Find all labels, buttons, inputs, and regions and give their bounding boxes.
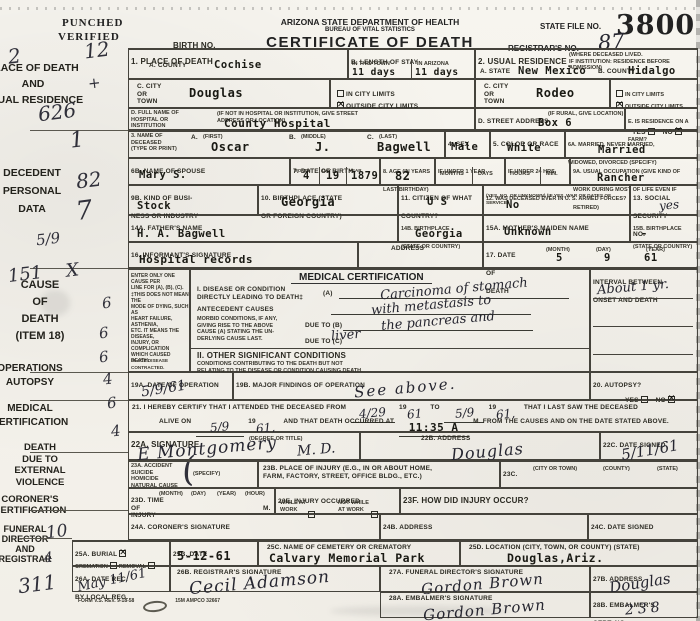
margin-handwriting: 12 — [83, 37, 111, 64]
field-injury-location: 23C. (CITY OR TOWN) (COUNTY) (STATE) — [500, 460, 698, 488]
state-file-number: 3800 — [616, 12, 695, 40]
middle-name-value: J. — [315, 142, 330, 153]
informant-value: Hospital records — [139, 254, 253, 265]
field-cause-of-death-notes: ENTER ONLY ONE CAUSE PER LINE FOR (A), (… — [128, 268, 190, 372]
last-name-value: Bagwell — [377, 142, 431, 153]
field-embalmer-cert-no: 28B. EMBALMER'S CERT. NO. 238 — [590, 592, 698, 618]
margin-handwriting: 6 — [101, 293, 113, 312]
margin-handwriting: 10 — [45, 521, 69, 543]
field-informant-signature: 16. INFORMANT'S SIGNATURE Hospital recor… — [128, 242, 358, 268]
field-residence-city: C. CITY OR TOWN Rodeo — [475, 79, 610, 108]
field-death-city: C. CITY OR TOWN Douglas — [128, 79, 330, 108]
stay-state-value: 11 days — [415, 67, 459, 78]
mother-name-value: Unknown — [504, 227, 552, 238]
subcell-divider — [319, 167, 320, 184]
field-place-of-death-county: 1. PLACE OF DEATH A. COUNTY Cochise — [128, 48, 348, 79]
field-interval-onset-death: INTERVAL BETWEEN ONSET AND DEATH About 1… — [590, 268, 698, 372]
field-mother-maiden-name: 15A. MOTHER'S MAIDEN NAME Unknown — [483, 215, 630, 242]
subcell-divider — [346, 167, 347, 184]
county-value: Cochise — [214, 60, 262, 71]
field-color-or-race: 5. COLOR OR RACE White — [490, 130, 565, 158]
birth-year-value: 1879 — [351, 171, 378, 182]
margin-handwriting: 4 — [43, 550, 54, 567]
field-date-received-local-registrar: 26A. DATE REC. BY LOCAL REG. May 11/61 — [72, 566, 170, 592]
field-residence-on-farm: E. IS RESIDENCE ON A FARM? YESNO — [625, 108, 698, 130]
street-address-value: Box 6 — [538, 118, 572, 129]
field-funeral-director-address: 27B. ADDRESS Douglas — [590, 566, 698, 592]
death-month-value: 5 — [556, 253, 563, 264]
margin-divider — [30, 510, 128, 511]
field-funeral-director-signature: 27A. FUNERAL DIRECTOR'S SIGNATURE Gordon… — [380, 566, 590, 592]
field-citizen-of: 11. CITIZEN OF WHAT COUNTRY? U S — [398, 185, 483, 215]
field-burial-location: 25D. LOCATION (CITY, TOWN, OR COUNTY) (S… — [460, 540, 698, 566]
field-coroner-signature: 24A. CORONER'S SIGNATURE — [128, 514, 380, 540]
field-hospital-name: D. FULL NAME OF HOSPITAL OR INSTITUTION … — [128, 108, 475, 130]
form-number: FORM V.S. REV. 9-18-58 — [78, 598, 134, 605]
bureau-name: BUREAU OF VITAL STATISTICS — [260, 27, 480, 34]
field-birthplace: 10. BIRTHPLACE (STATE OR FOREIGN COUNTRY… — [258, 185, 398, 215]
margin-label-medical-certification: MEDICAL CERTIFICATION — [0, 402, 100, 430]
margin-handwriting: 2 — [7, 43, 23, 68]
margin-handwriting: 4 — [110, 421, 122, 440]
field-usual-occupation: 9A. USUAL OCCUPATION (GIVE KIND OF WORK … — [570, 158, 698, 185]
residence-city-value: Rodeo — [536, 88, 575, 99]
department-name: ARIZONA STATE DEPARTMENT OF HEALTH — [260, 17, 480, 27]
residence-state-value: New Mexico — [518, 66, 586, 77]
margin-handwriting: 82 — [75, 167, 103, 194]
field-date-of-birth: 7. DATE OF BIRTH MONTH 4 DAY 19 YEAR 187… — [290, 158, 380, 185]
form-footer: FORM V.S. REV. 9-18-58 15M AMPCO 32667 — [78, 598, 220, 616]
field-if-under-1-year: IF UNDER 1 YEAR MONTHS DAYS — [435, 158, 505, 185]
margin-handwriting: + — [87, 73, 102, 92]
field-sex: 4. SEX Male — [445, 130, 490, 158]
margin-divider — [30, 372, 128, 373]
margin-handwriting: 626 — [37, 98, 78, 126]
field-time-of-injury: (MONTH) (DAY) (YEAR) (HOUR) 23D. TIME OF… — [128, 488, 275, 514]
field-medical-certification: MEDICAL CERTIFICATION I. DISEASE OR COND… — [190, 268, 590, 372]
margin-label-operations-autopsy: OPERATIONS AUTOPSY — [0, 362, 100, 390]
field-residence-city-limits: IN CITY LIMITS OUTSIDE CITY LIMITS — [610, 79, 698, 108]
field-burial-date: 25B. DATE 5-12-61 — [170, 540, 258, 566]
embalmer-cert-no-handwritten: 238 — [624, 599, 664, 618]
sex-value: Male — [451, 142, 478, 153]
business-value: Stock — [137, 201, 171, 212]
margin-handwriting: 1 — [69, 127, 86, 154]
field-physician-date-signed: 22C. DATE SIGNED 5/11/61 — [600, 432, 698, 460]
field-marital-status: 6A. MARRIED, NEVER MARRIED, WIDOWED, DIV… — [565, 130, 698, 158]
field-coroner-address: 24B. ADDRESS — [380, 514, 588, 540]
print-code: 15M AMPCO 32667 — [175, 598, 220, 605]
field-accident-suicide-homicide: 23A. ACCIDENT SUICIDE HOMICIDE NATURAL C… — [128, 460, 258, 488]
blank-line — [593, 326, 693, 327]
marital-value: Married — [598, 145, 646, 156]
operation-date-handwritten: 5/9/61 — [140, 378, 187, 401]
margin-handwriting: 311 — [17, 570, 58, 598]
field-place-of-injury: 23B. PLACE OF INJURY (E.G., IN OR ABOUT … — [258, 460, 500, 488]
field-spouse-name: 6B. NAME OF SPOUSE Mary S. — [128, 158, 290, 185]
margin-label-cause-of-death: CAUSE OF DEATH (ITEM 18) — [0, 277, 110, 345]
field-date-of-operation: 19A. DATE OF OPERATION 5/9/61 — [128, 372, 233, 400]
torn-edge-top — [0, 7, 700, 10]
section-divider — [191, 348, 589, 349]
field-cemetery-name: 25C. NAME OF CEMETERY OR CREMATORY Calva… — [258, 540, 460, 566]
subcell-divider — [540, 167, 541, 184]
subcell-divider — [411, 59, 412, 79]
blank-line — [593, 298, 693, 299]
field-kind-of-business: 9B. KIND OF BUSI- NESS OR INDUSTRY Stock — [128, 185, 258, 215]
citizenship-value: U S — [427, 197, 447, 208]
state-file-no-label: STATE FILE NO. — [540, 22, 601, 31]
blank-line — [593, 354, 693, 355]
death-certificate-scan: PUNCHED VERIFIED BIRTH NO. ARIZONA STATE… — [0, 0, 700, 621]
findings-handwritten: See above. — [353, 375, 457, 402]
field-autopsy: 20. AUTOPSY? YESNO — [590, 372, 698, 400]
field-injury-occurred: 23E. INJURY OCCURRED WHILE AT WORK NOT W… — [275, 488, 400, 514]
margin-divider — [30, 268, 128, 269]
margin-handwriting: 6 — [98, 323, 110, 342]
field-mother-birthplace: 15B. BIRTHPLACE (STATE OR COUNTRY) - — [630, 215, 698, 242]
field-social-security-no: 13. SOCIAL SECURITY NO. yes — [630, 185, 698, 215]
physician-degree-handwritten: M. D. — [296, 440, 336, 459]
field-burial-cremation-removal: 25A. BURIAL CREMATIONREMOVAL — [72, 540, 170, 566]
field-if-under-24-hrs: IF UNDER 24 HRS. HOURS MIN. — [505, 158, 570, 185]
date-received-handwritten: May 11/61 — [76, 566, 148, 595]
margin-label-coroner-certification: CORONER'S CERTIFICATION — [0, 494, 100, 516]
cemetery-value: Calvary Memorial Park — [269, 553, 425, 564]
first-name-value: Oscar — [211, 142, 250, 153]
field-date-of-death: 17. DATE OF DEATH (MONTH) 5 (DAY) 9 (YEA… — [483, 242, 698, 268]
subcell-divider — [472, 167, 473, 184]
field-registrar-signature: 26B. REGISTRAR'S SIGNATURE Cecil Adamson — [170, 566, 380, 592]
field-physician-address: 22B. ADDRESS Douglas — [360, 432, 600, 460]
margin-handwriting: 6 — [106, 393, 118, 412]
ssn-value-handwritten: yes — [658, 197, 679, 213]
age-value: 82 — [395, 171, 410, 182]
field-street-address: D. STREET ADDRESS (IF RURAL, GIVE LOCATI… — [475, 108, 625, 130]
birth-month-value: 4 — [303, 171, 310, 182]
hospital-value: County Hospital — [224, 118, 331, 129]
field-physician-signature: 22A. SIGNATURE (DEGREE OR TITLE) E Montg… — [128, 432, 360, 460]
field-name-of-deceased: 3. NAME OF DECEASED (TYPE OR PRINT) A. (… — [128, 130, 445, 158]
field-usual-residence-state-county: 2. USUAL RESIDENCE (WHERE DECEASED LIVED… — [475, 48, 698, 79]
death-day-value: 9 — [604, 253, 611, 264]
field-attending-certification: 21. I HEREBY CERTIFY THAT I ATTENDED THE… — [128, 400, 698, 432]
field-father-name: 14A. FATHER'S NAME H. A. Bagwell — [128, 215, 398, 242]
death-year-value: 61 — [644, 253, 658, 264]
margin-label-external-violence: DEATH DUE TO EXTERNAL VIOLENCE — [0, 442, 105, 488]
birthplace-value: Georgia — [281, 197, 335, 208]
residence-county-value: Hidalgo — [628, 66, 676, 77]
field-armed-forces: 12. WAS DECEASED EVER IN U. S. ARMED FOR… — [483, 185, 630, 215]
field-embalmer-signature: 28A. EMBALMER'S SIGNATURE Gordon Brown — [380, 592, 590, 618]
spouse-value: Mary S. — [139, 170, 187, 181]
father-birthplace-value: Georgia — [415, 229, 463, 240]
cause-b-line1-handwritten: the pancreas and — [381, 309, 496, 334]
stay-town-value: 11 days — [352, 67, 396, 78]
birth-day-value: 19 — [326, 171, 340, 182]
mother-birthplace-value: - — [641, 229, 648, 240]
field-major-findings: 19B. MAJOR FINDINGS OF OPERATION See abo… — [233, 372, 590, 400]
margin-handwriting: 151 — [7, 262, 44, 287]
occupation-value: Rancher — [597, 173, 645, 184]
margin-handwriting: 4 — [102, 369, 114, 388]
field-father-birthplace: 14B. BIRTHPLACE (STATE OR COUNTRY) Georg… — [398, 215, 483, 242]
margin-handwriting: 7 — [74, 195, 94, 227]
margin-handwriting: 6 — [98, 347, 110, 366]
field-coroner-date-signed: 24C. DATE SIGNED — [588, 514, 698, 540]
punched-stamp: PUNCHED — [62, 17, 123, 30]
field-how-injury-occurred: 23F. HOW DID INJURY OCCUR? — [400, 488, 698, 514]
margin-handwriting: X — [65, 259, 80, 281]
field-age: 8. AGE (IN YEARS LAST BIRTHDAY) 82 — [380, 158, 435, 185]
state-seal-stamp — [142, 600, 167, 613]
burial-location-value: Douglas,Ariz. — [507, 553, 604, 564]
race-value: White — [507, 143, 541, 154]
father-name-value: H. A. Bagwell — [137, 229, 226, 240]
field-death-city-limits: IN CITY LIMITS OUTSIDE CITY LIMITS — [330, 79, 475, 108]
field-informant-address: ADDRESS — [358, 242, 483, 268]
margin-divider — [30, 452, 128, 453]
burial-date-value: 5-12-61 — [177, 551, 231, 562]
death-city-value: Douglas — [189, 88, 243, 99]
margin-handwriting: 5/9 — [35, 229, 61, 250]
field-length-of-stay: B. LENGTH OF STAY IN THIS TOWN IN ARIZON… — [348, 48, 475, 79]
armed-forces-value: No — [506, 200, 520, 211]
